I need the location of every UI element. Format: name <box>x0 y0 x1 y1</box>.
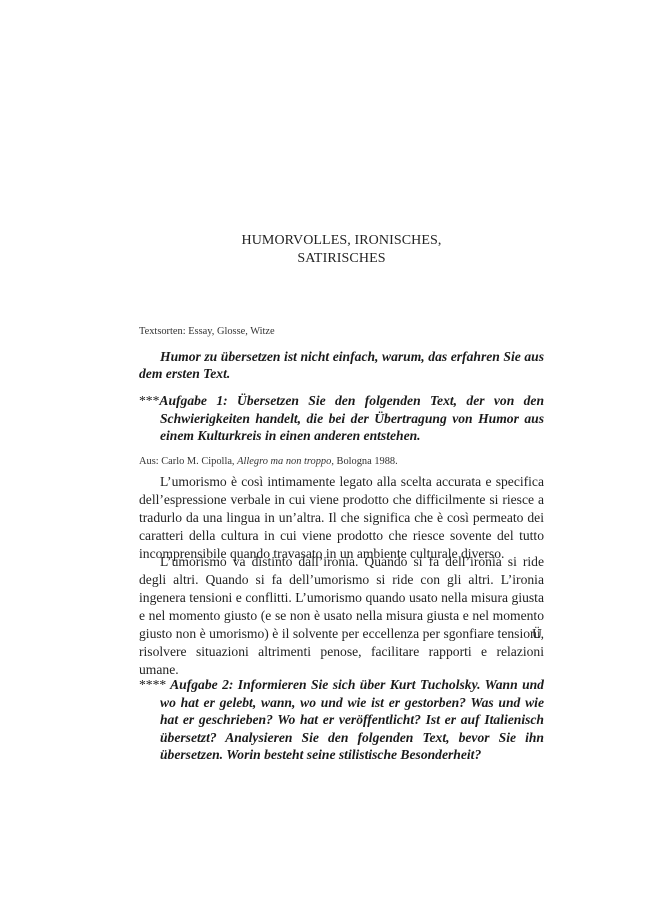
task-1-text: Aufgabe 1: Übersetzen Sie den folgenden … <box>159 393 544 443</box>
source-citation: Aus: Carlo M. Cipolla, Allegro ma non tr… <box>139 455 398 468</box>
chapter-title: HUMORVOLLES, IRONISCHES, SATIRISCHES <box>139 232 544 268</box>
task-2-text: Aufgabe 2: Informieren Sie sich über Kur… <box>160 677 544 762</box>
task-2: **** Aufgabe 2: Informieren Sie sich übe… <box>139 676 544 764</box>
italian-paragraph-1: L’umorismo è così intimamente legato all… <box>139 473 544 563</box>
chapter-title-line-2: SATIRISCHES <box>139 250 544 268</box>
difficulty-stars: **** <box>139 677 166 692</box>
source-suffix: , Bologna 1988. <box>331 456 397 467</box>
source-prefix: Aus: Carlo M. Cipolla, <box>139 456 237 467</box>
italian-paragraph-2: L’umorismo va distinto dall’ironia. Quan… <box>139 553 544 679</box>
text-genres: Textsorten: Essay, Glosse, Witze <box>139 325 275 338</box>
source-work-title: Allegro ma non troppo <box>237 456 331 467</box>
chapter-title-line-1: HUMORVOLLES, IRONISCHES, <box>139 232 544 250</box>
difficulty-stars: *** <box>139 393 159 408</box>
translation-mark-icon: Ü <box>532 625 542 643</box>
intro-text: Humor zu übersetzen ist nicht einfach, w… <box>139 348 544 382</box>
task-1: ***Aufgabe 1: Übersetzen Sie den folgend… <box>139 392 544 445</box>
